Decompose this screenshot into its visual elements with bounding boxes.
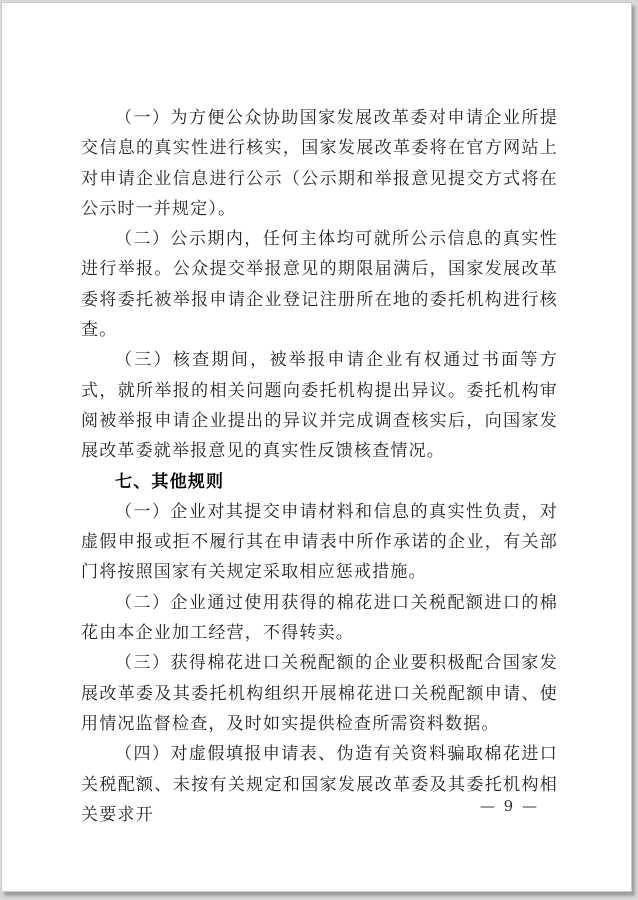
- document-content: （一）为方便公众协助国家发展改革委对申请企业所提交信息的真实性进行核实，国家发展…: [81, 103, 558, 830]
- paragraph-other-rules-3: （三）获得棉花进口关税配额的企业要积极配合国家发展改革委及其委托机构组织开展棉花…: [81, 648, 558, 739]
- paragraph-publicity-3: （三）核查期间，被举报申请企业有权通过书面等方式，就所举报的相关问题向委托机构提…: [81, 345, 558, 466]
- paragraph-other-rules-4: （四）对虚假填报申请表、伪造有关资料骗取棉花进口关税配额、未按有关规定和国家发展…: [81, 739, 558, 830]
- document-page: （一）为方便公众协助国家发展改革委对申请企业所提交信息的真实性进行核实，国家发展…: [1, 2, 632, 892]
- paragraph-other-rules-2: （二）企业通过使用获得的棉花进口关税配额进口的棉花由本企业加工经营，不得转卖。: [81, 588, 558, 649]
- paragraph-publicity-1: （一）为方便公众协助国家发展改革委对申请企业所提交信息的真实性进行核实，国家发展…: [81, 103, 558, 224]
- section-heading-other-rules: 七、其他规则: [81, 467, 558, 497]
- paragraph-other-rules-1: （一）企业对其提交申请材料和信息的真实性负责，对虚假申报或拒不履行其在申请表中所…: [81, 497, 558, 588]
- paragraph-publicity-2: （二）公示期内，任何主体均可就所公示信息的真实性进行举报。公众提交举报意见的期限…: [81, 224, 558, 345]
- page-number: — 9 —: [480, 799, 539, 814]
